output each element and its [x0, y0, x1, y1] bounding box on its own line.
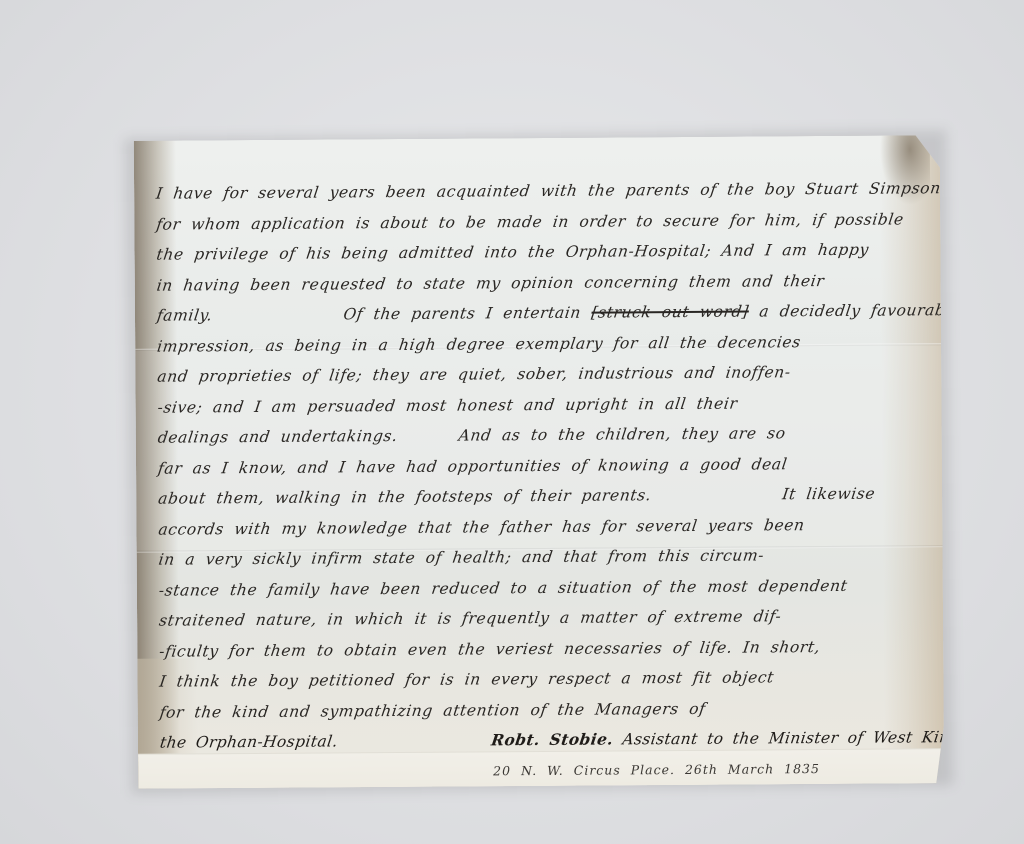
closing-text: the Orphan-Hospital. — [158, 725, 484, 758]
letter-body: I have for several years been acquainted… — [156, 173, 930, 758]
line-text: And as to the children, they are so — [458, 424, 787, 444]
line-text: a decidedly favourable — [758, 301, 962, 320]
letter-line: dealings and undertakings. And as to the… — [156, 417, 930, 453]
struck-out-word: [struck out word] — [590, 303, 750, 322]
line-text: family. — [156, 306, 214, 324]
signature-title: Assistant to the Minister of West Kirk — [621, 728, 958, 748]
letter-line: I think the boy petitioned for is in eve… — [157, 661, 931, 697]
line-text: dealings and undertakings. — [157, 427, 399, 447]
signature-line: the Orphan-Hospital. Robt. Stobie. Assis… — [158, 722, 932, 758]
line-text: -ficulty for them to obtain even the ver… — [158, 638, 734, 660]
letter-line: straitened nature, in which it is freque… — [157, 600, 931, 636]
line-text: Of the parents I entertain — [342, 304, 582, 324]
letter-line: I have for several years been acquainted… — [154, 173, 928, 209]
line-text: In short, — [742, 638, 822, 657]
letter-line: and proprieties of life; they are quiet,… — [155, 356, 929, 392]
letter-line: the privilege of his being admitted into… — [155, 234, 929, 270]
letter-sheet: I have for several years been acquainted… — [134, 135, 945, 789]
letter-line: family. Of the parents I entertain [stru… — [155, 295, 929, 331]
line-text: about them, walking in the footsteps of … — [157, 486, 653, 507]
signature-name: Robt. Stobie. — [490, 729, 614, 749]
letter-line: in a very sickly infirm state of health;… — [157, 539, 931, 575]
address-date-line: 20 N. W. Circus Place. 26th March 1835 — [493, 761, 820, 778]
letter-line: about them, walking in the footsteps of … — [156, 478, 930, 514]
line-text: It likewise — [781, 485, 876, 504]
